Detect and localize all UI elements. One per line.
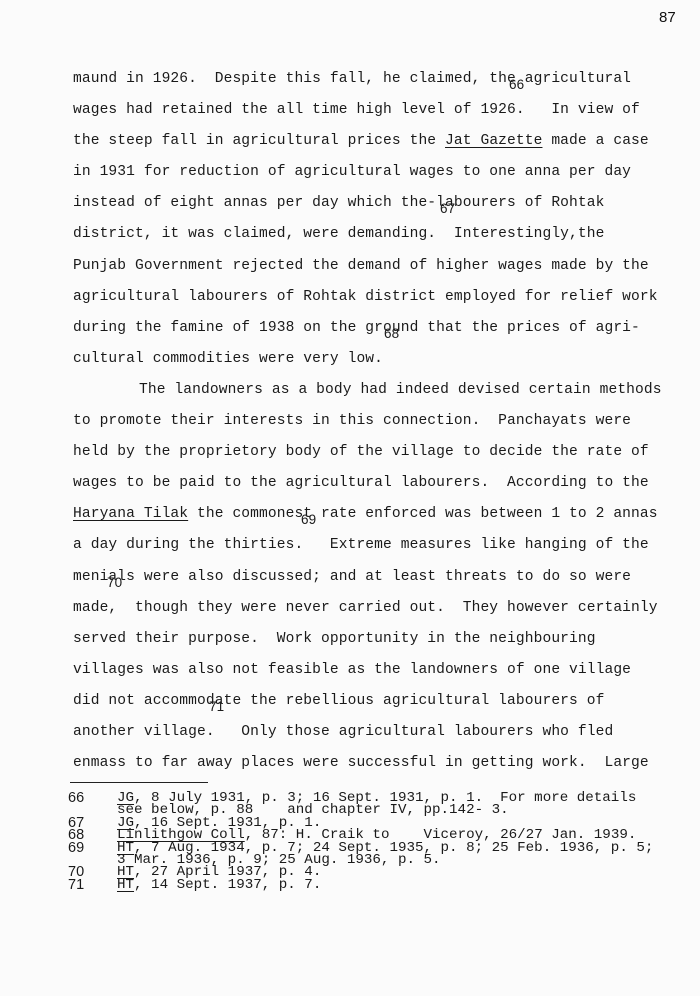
line-text: villages was also not feasible as the la… [73, 662, 631, 678]
text-line: menials were also discussed; and at leas… [73, 562, 693, 593]
footnote-number: 71 [68, 879, 117, 891]
line-text: held by the proprietory body of the vill… [73, 444, 649, 460]
line-text: another village. Only those agricultural… [73, 724, 613, 740]
text-line: maund in 1926. Despite this fall, he cla… [73, 64, 693, 95]
text-line: 71another village. Only those agricultur… [73, 717, 693, 748]
footnote-ref-67: 67 [440, 202, 455, 216]
line-text: wages to be paid to the agricultural lab… [73, 475, 649, 491]
line-text: maund in 1926. Despite this fall, he cla… [73, 71, 631, 87]
footnote-divider [70, 782, 208, 783]
line-text: wages had retained the all time high lev… [73, 102, 640, 118]
line-text: did not accommodate the rebellious agric… [73, 693, 604, 709]
text-line: 69a day during the thirties. Extreme mea… [73, 530, 693, 561]
line-text: in 1931 for reduction of agricultural wa… [73, 164, 631, 180]
line-text: agricultural labourers of Rohtak distric… [73, 289, 658, 305]
footnote-ref-70: 70 [107, 576, 122, 590]
footnote-ref-69: 69 [301, 513, 316, 527]
body-text: maund in 1926. Despite this fall, he cla… [73, 64, 693, 779]
line-text: served their purpose. Work opportunity i… [73, 631, 596, 647]
footnote-ref-66: 66 [509, 78, 524, 92]
text-line: did not accommodate the rebellious agric… [73, 686, 693, 717]
page-number: 87 [659, 9, 676, 26]
text-line: instead of eight annas per day which the… [73, 188, 693, 219]
line-text: instead of eight annas per day which the… [73, 195, 604, 211]
footnote-ref-71: 71 [209, 700, 224, 714]
line-text: made a case [542, 133, 648, 149]
line-text: made, though they were never carried out… [73, 600, 658, 616]
text-line: 68cultural commodities were very low. [73, 344, 693, 375]
footnote-number: 69 [68, 842, 117, 854]
text-line: agricultural labourers of Rohtak distric… [73, 282, 693, 313]
footnotes: 66 JG, 8 July 1931, p. 3; 16 Sept. 1931,… [68, 792, 698, 891]
text-line: held by the proprietory body of the vill… [73, 437, 693, 468]
text-line: in 1931 for reduction of agricultural wa… [73, 157, 693, 188]
paragraph-start-line: The landowners as a body had indeed devi… [73, 375, 693, 406]
line-text: menials were also discussed; and at leas… [73, 569, 631, 585]
footnote-text: HT, 14 Sept. 1937, p. 7. [117, 879, 321, 891]
line-text: enmass to far away places were successfu… [73, 755, 649, 771]
line-text: cultural commodities were very low. [73, 351, 383, 367]
text-line: to promote their interests in this conne… [73, 406, 693, 437]
text-line: wages to be paid to the agricultural lab… [73, 468, 693, 499]
line-text: The landowners as a body had indeed devi… [139, 382, 662, 398]
text-line: 66wages had retained the all time high l… [73, 95, 693, 126]
newspaper-title-jat-gazette: Jat Gazette [445, 133, 542, 149]
text-line: served their purpose. Work opportunity i… [73, 624, 693, 655]
text-line: enmass to far away places were successfu… [73, 748, 693, 779]
text-line: 67district, it was claimed, were demandi… [73, 219, 693, 250]
text-line: 70made, though they were never carried o… [73, 593, 693, 624]
line-text: the steep fall in agricultural prices th… [73, 133, 445, 149]
line-text: a day during the thirties. Extreme measu… [73, 537, 649, 553]
footnote-number: 66 [68, 792, 117, 804]
line-text: district, it was claimed, were demanding… [73, 226, 604, 242]
line-text: Punjab Government rejected the demand of… [73, 258, 649, 274]
line-text: during the famine of 1938 on the ground … [73, 320, 640, 336]
line-text: to promote their interests in this conne… [73, 413, 631, 429]
citation: , 14 Sept. 1937, p. 7. [134, 877, 321, 893]
text-line: villages was also not feasible as the la… [73, 655, 693, 686]
text-line: during the famine of 1938 on the ground … [73, 313, 693, 344]
source-abbrev: HT [117, 877, 134, 893]
line-text: the commonest rate enforced was between … [188, 506, 657, 522]
footnote-ref-68: 68 [384, 327, 399, 341]
text-line: the steep fall in agricultural prices th… [73, 126, 693, 157]
newspaper-title-haryana-tilak: Haryana Tilak [73, 506, 188, 522]
footnote-71: 71 HT, 14 Sept. 1937, p. 7. [68, 879, 698, 891]
text-line: Haryana Tilak the commonest rate enforce… [73, 499, 693, 530]
text-line: Punjab Government rejected the demand of… [73, 251, 693, 282]
